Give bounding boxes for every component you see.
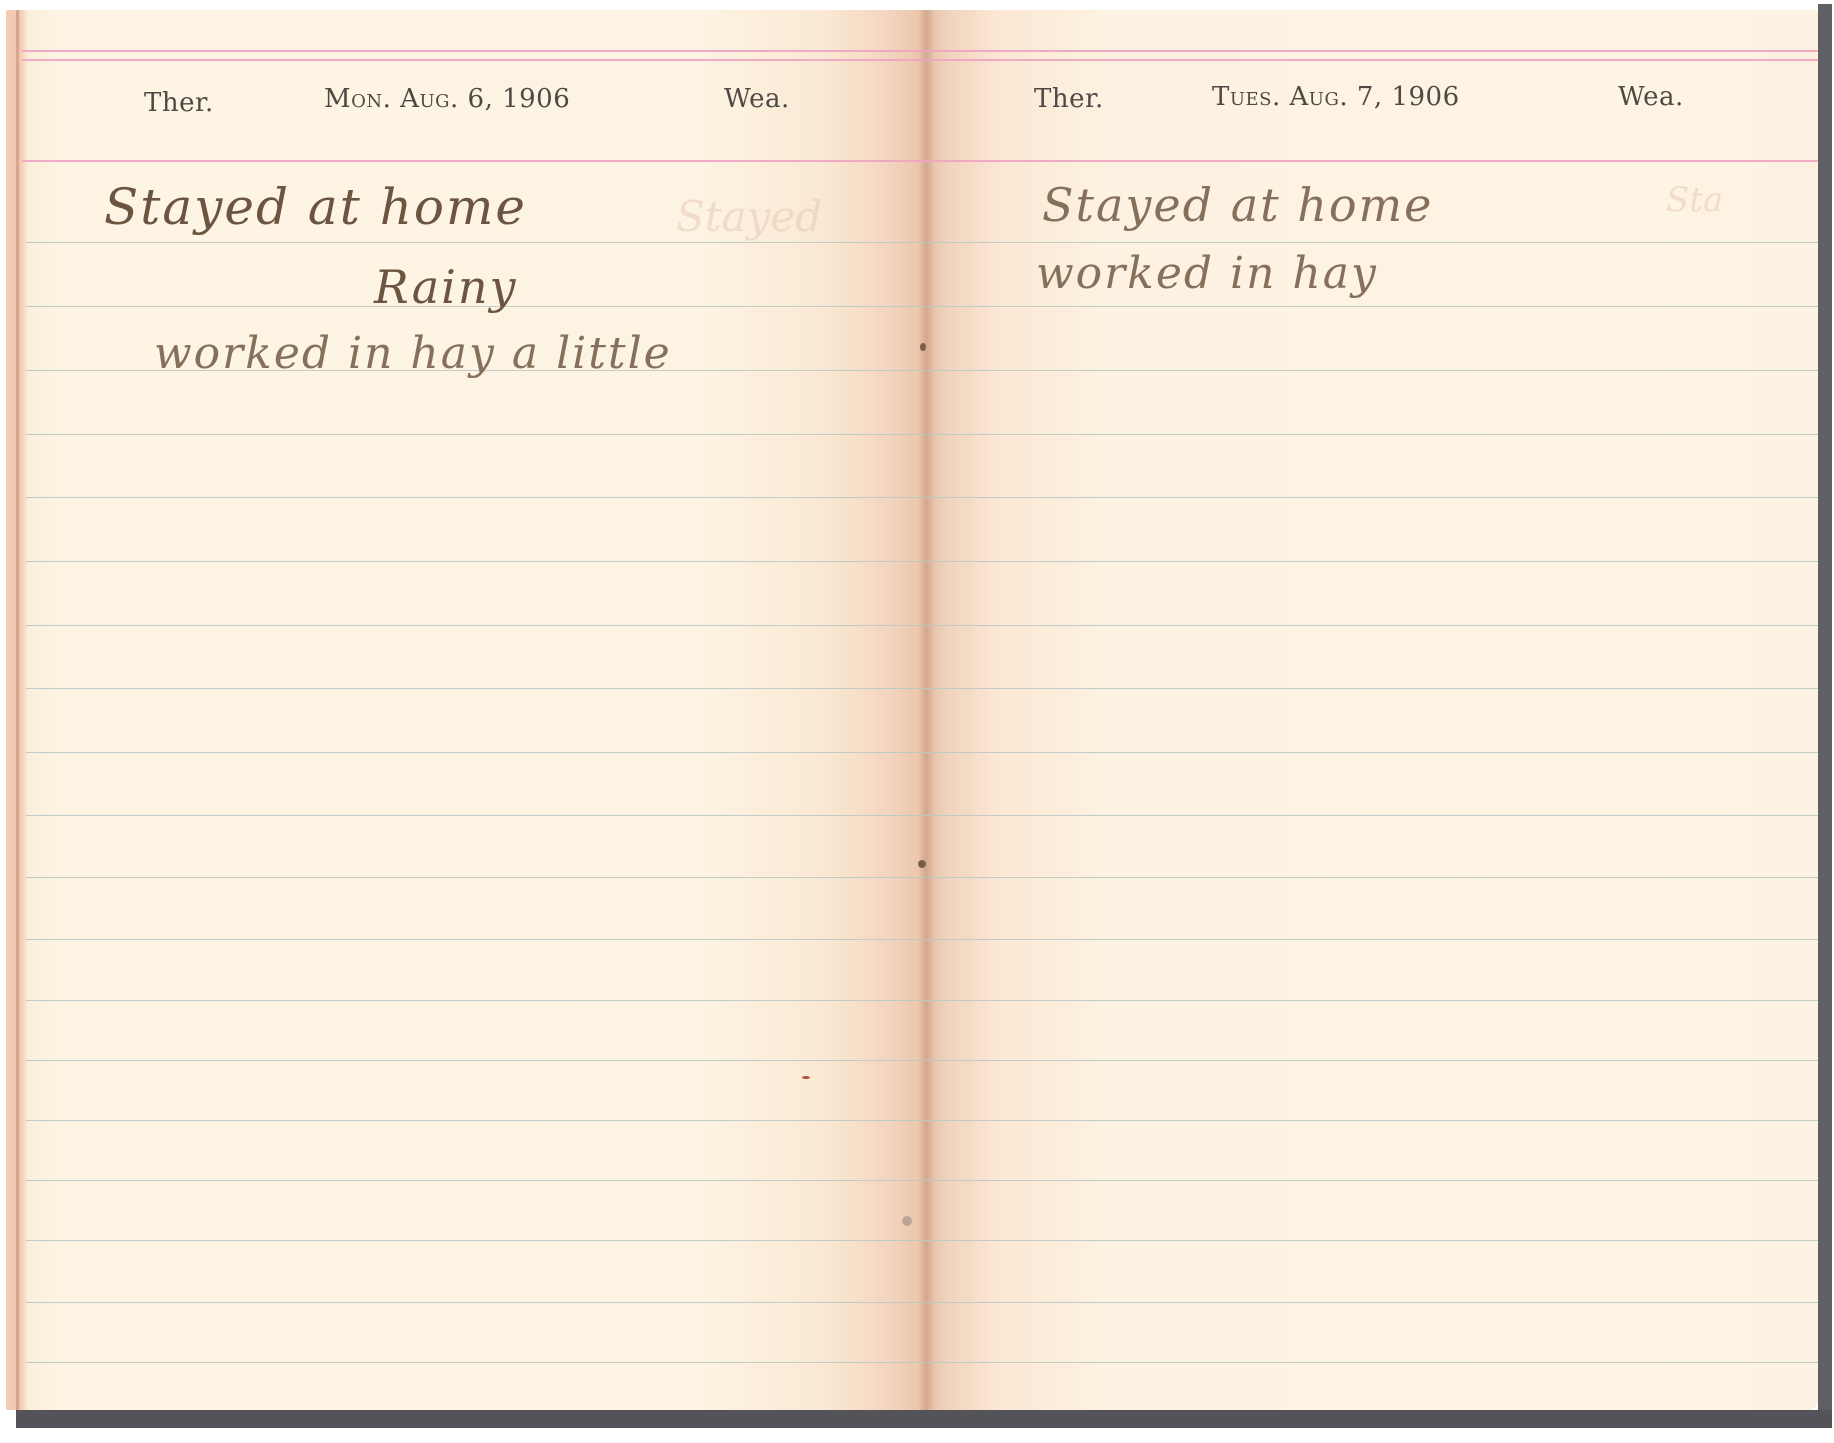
ruling-line [26,625,1818,626]
left-date: Aug. 6, 1906 [400,84,570,114]
ruling-line [26,306,1818,307]
ruling-line [26,815,1818,816]
left-day: Mon. [324,84,391,114]
paper-spot [920,343,926,351]
ruling-line [26,1180,1818,1181]
ruling-line [26,1302,1818,1303]
right-entry-line-2: worked in hay [1036,248,1378,299]
ruling-line [26,1120,1818,1121]
right-date: Aug. 7, 1906 [1290,82,1460,112]
ruling-line [26,688,1818,689]
diary-spread: Ther. Mon. Aug. 6, 1906 Wea. Ther. Tues.… [6,10,1818,1410]
ruling-line [26,752,1818,753]
header-rule-top-1 [22,50,1818,52]
ruling-line [26,242,1818,243]
left-entry-line-3: worked in hay a little [154,328,672,379]
header-rule-bottom [22,160,1818,162]
diary-scan: Ther. Mon. Aug. 6, 1906 Wea. Ther. Tues.… [0,0,1834,1443]
ruling-line [26,561,1818,562]
ruling-line [26,497,1818,498]
paper-spot [902,1216,912,1226]
left-date-heading: Mon. Aug. 6, 1906 [324,84,570,114]
right-ther-label: Ther. [1034,84,1104,114]
ruling-line [26,877,1818,878]
right-entry-line-1: Stayed at home [1042,178,1433,232]
ruling-line [26,434,1818,435]
right-date-heading: Tues. Aug. 7, 1906 [1212,82,1460,112]
book-cover-edge-bottom [16,1410,1832,1428]
ruling-line [26,1000,1818,1001]
ruling-line [26,1060,1818,1061]
book-cover-edge-right [1818,4,1832,1424]
ruling-line [26,1362,1818,1363]
right-day: Tues. [1212,82,1281,112]
ruling-line [26,939,1818,940]
ruling-line [26,1240,1818,1241]
right-wea-label: Wea. [1618,82,1684,112]
paper-spot [918,860,926,868]
ink-bleed-through: Stayed [676,192,822,241]
header-rule-top-2 [22,59,1818,61]
ink-bleed-through: Sta [1666,180,1723,220]
page-stack-edge [16,10,19,1410]
paper-spot [802,1076,810,1079]
left-entry-line-2: Rainy [374,260,517,314]
left-wea-label: Wea. [724,84,790,114]
book-gutter [918,10,934,1410]
left-ther-label: Ther. [144,88,214,118]
left-entry-line-1: Stayed at home [104,178,527,236]
